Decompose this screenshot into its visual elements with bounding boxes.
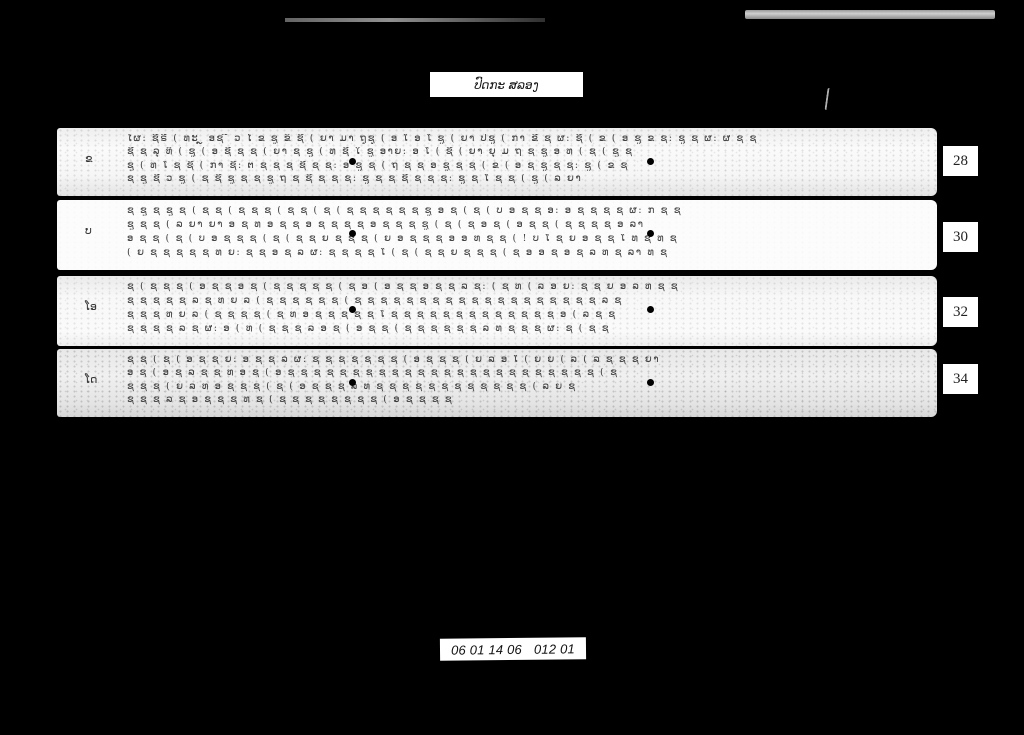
manuscript-line: ໄຜ: ຊ໌ຣ໌ ( ທະ ຼຸ ອຊ ໌ ວ ໄ ຂ ຊູ ຂິ ຊີ ( ຍ… bbox=[127, 134, 923, 144]
page-number-label: 34 bbox=[943, 364, 978, 394]
manuscript-line: ຊ ຊ ຊ ຊ ຊ ລ ຊ ທ ຍ ລ ( ຊ ຊ ຊ ຊ ຊ ຊ ( ຊ ຊ … bbox=[127, 296, 923, 306]
palm-leaf-page: ໂອ ຊ ( ຊ ຊ ຊ ( ອ ຊ ຊ ອ ຊ ( ຊ ຊ ຊ ຊ ຊ ( ຊ… bbox=[57, 276, 937, 346]
binding-hole bbox=[349, 379, 356, 386]
page-number: 30 bbox=[953, 229, 968, 246]
palm-leaf-page: ໂດ ຊ ຊ ( ຊ ( ອ ຊ ຊ ຍ: ອ ຊ ຊ ລ ຜ: ຊ ຊ ຊ ຊ… bbox=[57, 349, 937, 417]
manuscript-line: ຊ ( ຊ ຊ ຊ ( ອ ຊ ຊ ອ ຊ ( ຊ ຊ ຊ ຊ ຊ ( ຊ ອ … bbox=[127, 282, 923, 292]
manuscript-line: ຊ ຊ ຊ ທ ຍ ລ ( ຊ ຊ ຊ ຊ ( ຊ ທ ອ ຊ ຊ ຊ ຊ ຊ … bbox=[127, 310, 923, 320]
page-number-label: 28 bbox=[943, 146, 978, 176]
leaf-margin-mark: ໂດ bbox=[85, 373, 97, 386]
manuscript-line: ( ຍ ຊ ຊ ຊ ຊ ຊ ທ ຍ: ຊ ຊ ອ ຊ ລ ຜ: ຊ ຊ ຊ ຊ … bbox=[127, 248, 923, 258]
manuscript-line: ຊ ຊູ ຊີ ວ ຊູ ( ຊ ຊີ ຊູ ຊ ຊ ຊູ ຖ ຊ ຊີ ຊ ຊ… bbox=[127, 174, 923, 184]
manuscript-line: ຊູ ( ທ ໂ ຊ ຊີ ( ກາ ຊີ: ຕ ຊ ຊ ຊ ຊີ ຊ ຊ: ອ… bbox=[127, 161, 923, 171]
leaf-margin-mark: ບ bbox=[85, 224, 92, 237]
catalog-number-secondary: 012 01 bbox=[534, 641, 575, 656]
title-card: ປົດກະ ສລອງ bbox=[430, 72, 583, 97]
film-scratch-mark bbox=[824, 88, 832, 110]
page-number: 28 bbox=[953, 153, 968, 170]
palm-leaf-page: ຂ ໄຜ: ຊ໌ຣ໌ ( ທະ ຼຸ ອຊ ໌ ວ ໄ ຂ ຊູ ຂິ ຊີ (… bbox=[57, 128, 937, 196]
manuscript-line: ຊ ຊ ( ຊ ( ອ ຊ ຊ ຍ: ອ ຊ ຊ ລ ຜ: ຊ ຊ ຊ ຊ ຊ … bbox=[127, 355, 923, 365]
page-number-label: 30 bbox=[943, 222, 978, 252]
manuscript-line: ອ ຊ ຊ ( ຊ ( ບ ອ ຊ ຊ ຊ ( ຊ ( ຊ ຊ ຍ ຊ ຊ ຊ … bbox=[127, 234, 923, 244]
manuscript-line: ອ ຊ ( ອ ຊ ລ ຊ ຊ ທ ອ ຊ ( ອ ຊ ຊ ຊ ຊ ຊ ຊ ຊ … bbox=[127, 368, 923, 378]
catalog-number-card: 06 01 14 06 012 01 bbox=[440, 637, 586, 661]
leaf-text-block: ຊ ( ຊ ຊ ຊ ( ອ ຊ ຊ ອ ຊ ( ຊ ຊ ຊ ຊ ຊ ( ຊ ອ … bbox=[127, 280, 923, 336]
binding-hole bbox=[647, 306, 654, 313]
page-number: 34 bbox=[953, 371, 968, 388]
leaf-text-block: ຊ ຊູ ຊ ຊູ ຊ ( ຊ ຊ ( ຊ ຊ ຊ ( ຊ ຊ ( ຊ ( ຊ … bbox=[127, 204, 923, 260]
binding-hole bbox=[647, 158, 654, 165]
binding-hole bbox=[349, 306, 356, 313]
binding-hole bbox=[349, 158, 356, 165]
leaf-margin-mark: ໂອ bbox=[85, 300, 97, 313]
manuscript-line: ຊີ ຊ ລຸ ທິ ( ຊູ ( ອ ຊີ ຊ ຊ ( ຍາ ຊ ຊູ ( ທ… bbox=[127, 147, 923, 157]
manuscript-line: ຊ ຊູ ຊ ຊູ ຊ ( ຊ ຊ ( ຊ ຊ ຊ ( ຊ ຊ ( ຊ ( ຊ … bbox=[127, 206, 923, 216]
binding-hole bbox=[647, 230, 654, 237]
manuscript-line: ຊ ຊ ຊ ລ ຊ ອ ຊ ຊ ຊ ທ ຊ ( ຊ ຊ ຊ ຊ ຊ ຊ ຊ ຊ … bbox=[127, 395, 923, 405]
palm-leaf-page: ບ ຊ ຊູ ຊ ຊູ ຊ ( ຊ ຊ ( ຊ ຊ ຊ ( ຊ ຊ ( ຊ ( … bbox=[57, 200, 937, 270]
binding-hole bbox=[349, 230, 356, 237]
leaf-text-block: ໄຜ: ຊ໌ຣ໌ ( ທະ ຼຸ ອຊ ໌ ວ ໄ ຂ ຊູ ຂິ ຊີ ( ຍ… bbox=[127, 132, 923, 186]
manuscript-line: ຊູ ຊ ຊ ( ລ ຍາ ຍາ ອ ຊ ທ ອ ຊ ຊ ອ ຊ ຊ ຊ ຊ ອ… bbox=[127, 220, 923, 230]
manuscript-line: ຊ ຊ ຊ ( ຍ ລ ທ ອ ຊ ຊ ຊ ( ຊ ( ອ ຊ ຊ ຊ ລ ທ … bbox=[127, 382, 923, 392]
manuscript-line: ຊ ຊ ຊ ຊ ລ ຊ ຜ: ອ ( ທ ( ຊ ຊ ຊ ລ ອ ຊ ( ອ ຊ… bbox=[127, 324, 923, 334]
binding-hole bbox=[647, 379, 654, 386]
film-edge-strip-right bbox=[745, 10, 995, 19]
title-card-text: ປົດກະ ສລອງ bbox=[475, 78, 539, 92]
catalog-number-primary: 06 01 14 06 bbox=[451, 641, 522, 657]
film-edge-strip-left bbox=[285, 18, 545, 22]
leaf-margin-mark: ຂ bbox=[85, 152, 93, 165]
page-number-label: 32 bbox=[943, 297, 978, 327]
page-number: 32 bbox=[953, 304, 968, 321]
leaf-text-block: ຊ ຊ ( ຊ ( ອ ຊ ຊ ຍ: ອ ຊ ຊ ລ ຜ: ຊ ຊ ຊ ຊ ຊ … bbox=[127, 353, 923, 407]
